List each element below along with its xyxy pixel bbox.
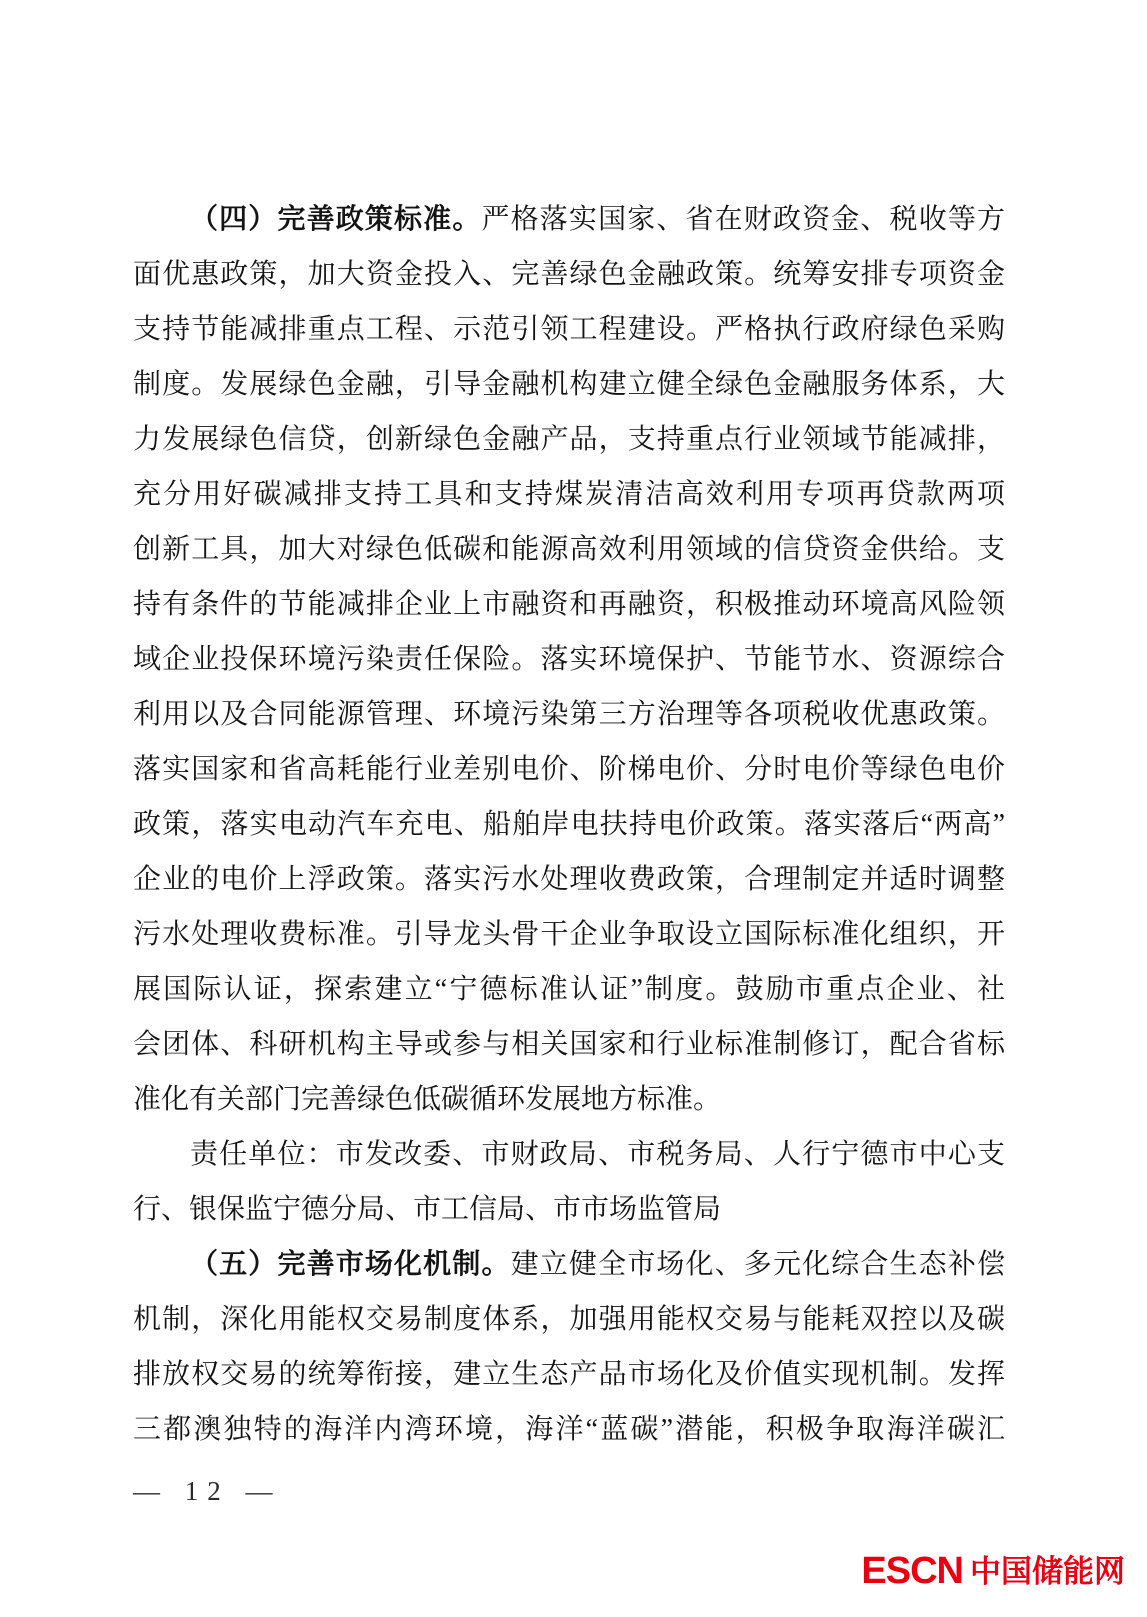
text-line: 排放权交易的统筹衔接，建立生态产品市场化及价值实现机制。发挥 <box>133 1347 1005 1402</box>
text-line: 会团体、科研机构主导或参与相关国家和行业标准制修订，配合省标 <box>133 1017 1005 1072</box>
text-line: 责任单位：市发改委、市财政局、市税务局、人行宁德市中心支 <box>133 1127 1005 1182</box>
text-line: 行、银保监宁德分局、市工信局、市市场监管局 <box>133 1182 1005 1237</box>
document-page: （四）完善政策标准。严格落实国家、省在财政资金、税收等方面优惠政策，加大资金投入… <box>0 0 1147 1617</box>
text-line: 创新工具，加大对绿色低碳和能源高效利用领域的信贷资金供给。支 <box>133 522 1005 577</box>
text-line: 企业的电价上浮政策。落实污水处理收费政策，合理制定并适时调整 <box>133 852 1005 907</box>
paragraph-section-5: （五）完善市场化机制。建立健全市场化、多元化综合生态补偿机制，深化用能权交易制度… <box>133 1237 1005 1457</box>
text-line: 面优惠政策，加大资金投入、完善绿色金融政策。统筹安排专项资金 <box>133 247 1005 302</box>
text-line: 污水处理收费标准。引导龙头骨干企业争取设立国际标准化组织，开 <box>133 907 1005 962</box>
text-line: （四）完善政策标准。严格落实国家、省在财政资金、税收等方 <box>133 192 1005 247</box>
text-line: 域企业投保环境污染责任保险。落实环境保护、节能节水、资源综合 <box>133 632 1005 687</box>
paragraph-section-4: （四）完善政策标准。严格落实国家、省在财政资金、税收等方面优惠政策，加大资金投入… <box>133 192 1005 1127</box>
text-line: 政策，落实电动汽车充电、船舶岸电扶持电价政策。落实落后“两高” <box>133 797 1005 852</box>
section-heading: （四）完善政策标准。 <box>190 204 481 235</box>
text-line: （五）完善市场化机制。建立健全市场化、多元化综合生态补偿 <box>133 1237 1005 1292</box>
text-line: 落实国家和省高耗能行业差别电价、阶梯电价、分时电价等绿色电价 <box>133 742 1005 797</box>
text-line: 利用以及合同能源管理、环境污染第三方治理等各项税收优惠政策。 <box>133 687 1005 742</box>
text-line: 支持节能减排重点工程、示范引领工程建设。严格执行政府绿色采购 <box>133 302 1005 357</box>
text-line: 充分用好碳减排支持工具和支持煤炭清洁高效利用专项再贷款两项 <box>133 467 1005 522</box>
page-number: — 12 — <box>133 1476 282 1507</box>
text-line: 机制，深化用能权交易制度体系，加强用能权交易与能耗双控以及碳 <box>133 1292 1005 1347</box>
text-line: 展国际认证，探索建立“宁德标准认证”制度。鼓励市重点企业、社 <box>133 962 1005 1017</box>
escn-logo-latin-text: ESCN <box>861 1552 963 1590</box>
text-line: 准化有关部门完善绿色低碳循环发展地方标准。 <box>133 1072 1005 1127</box>
escn-watermark-logo: ESCN 中国储能网 <box>861 1552 1125 1590</box>
paragraph-responsible-units: 责任单位：市发改委、市财政局、市税务局、人行宁德市中心支行、银保监宁德分局、市工… <box>133 1127 1005 1237</box>
document-text-block: （四）完善政策标准。严格落实国家、省在财政资金、税收等方面优惠政策，加大资金投入… <box>133 192 1005 1457</box>
text-line: 制度。发展绿色金融，引导金融机构建立健全绿色金融服务体系，大 <box>133 357 1005 412</box>
escn-logo-chinese-text: 中国储能网 <box>970 1556 1125 1587</box>
section-heading: （五）完善市场化机制。 <box>190 1249 511 1280</box>
text-line: 三都澳独特的海洋内湾环境，海洋“蓝碳”潜能，积极争取海洋碳汇 <box>133 1402 1005 1457</box>
text-line: 持有条件的节能减排企业上市融资和再融资，积极推动环境高风险领 <box>133 577 1005 632</box>
text-line: 力发展绿色信贷，创新绿色金融产品，支持重点行业领域节能减排， <box>133 412 1005 467</box>
